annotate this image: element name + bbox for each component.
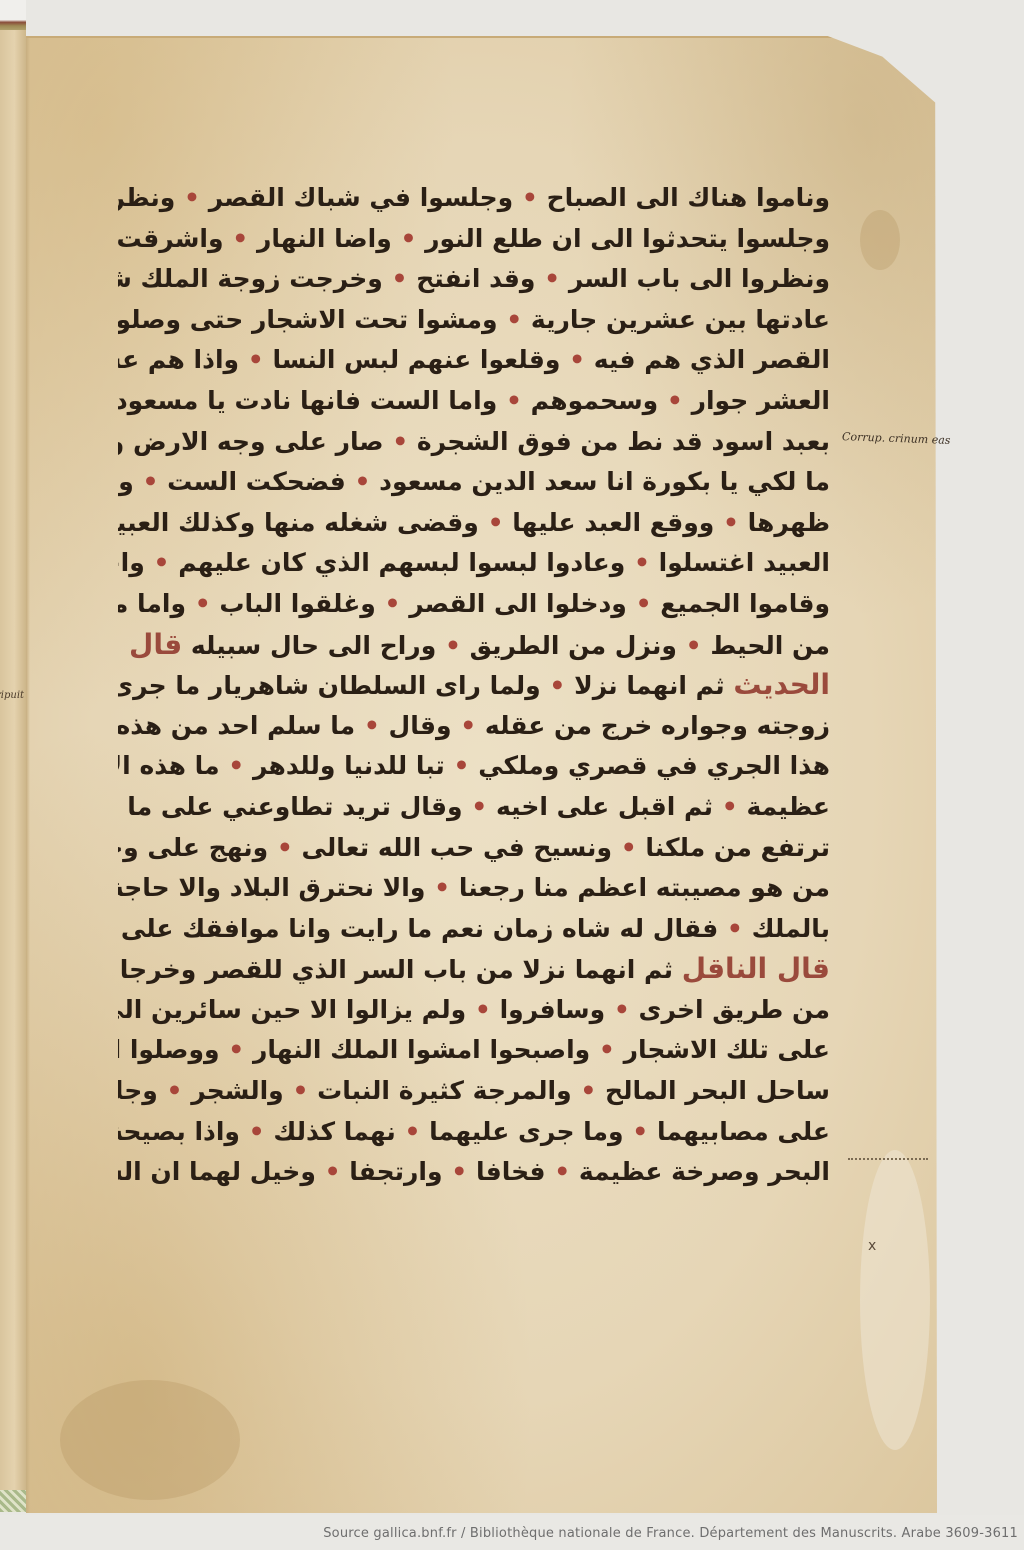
text-line-21: من طريق اخرى • وسافروا • ولم يزالوا الا …	[118, 990, 830, 1031]
rubric-dot: •	[632, 1117, 648, 1146]
paper-stain	[860, 1150, 930, 1450]
rubric-dot: •	[544, 264, 560, 293]
rubric-dot: •	[722, 792, 738, 821]
rubric-dot: •	[460, 711, 476, 740]
paper-stain	[60, 1380, 240, 1500]
rubric-dot: •	[723, 508, 739, 537]
text-line-11: وقاموا الجميع • ودخلوا الى القصر • وغلقو…	[118, 584, 830, 625]
rubric-dot: •	[404, 1117, 420, 1146]
rubric-dot: •	[554, 1157, 570, 1186]
text-line-2: وجلسوا يتحدثوا الى ان طلع النور • واضا ا…	[118, 219, 830, 260]
gutter-fold	[26, 38, 30, 1513]
rubric-dot: •	[727, 914, 743, 943]
rubric-dot: •	[451, 1157, 467, 1186]
text-line-20: قال الناقل ثم انهما نزلا من باب السر الذ…	[118, 949, 830, 990]
rubric-dot: •	[277, 833, 293, 862]
rubric-dot: •	[354, 467, 370, 496]
rubric-dot: •	[292, 1076, 308, 1105]
rubric-dot: •	[249, 1117, 265, 1146]
text-line-16: عظيمة • ثم اقبل على اخيه • وقال تريد تطا…	[118, 787, 830, 828]
text-line-4: عادتها بين عشرين جارية • ومشوا تحت الاشج…	[118, 300, 830, 341]
text-line-8: ما لكي يا بكورة انا سعد الدين مسعود • فض…	[118, 462, 830, 503]
rubric-dot: •	[454, 751, 470, 780]
rubric-dot: •	[325, 1157, 341, 1186]
text-line-24: على مصابيهما • وما جرى عليهما • نهما كذل…	[118, 1112, 830, 1153]
rubric-dot: •	[445, 631, 461, 660]
text-line-25: البحر وصرخة عظيمة • فخافا • وارتجفا • وخ…	[118, 1152, 830, 1193]
rubric-dot: •	[142, 467, 158, 496]
rubric-dot: •	[506, 305, 522, 334]
rubric-dot: •	[385, 589, 401, 618]
text-line-18: من هو مصيبته اعظم منا رجعنا • والا نحترق…	[118, 868, 830, 909]
rubric-heading: الحديث	[733, 668, 830, 701]
rubric-dot: •	[667, 386, 683, 415]
rubric-dot: •	[228, 751, 244, 780]
source-credit: Source gallica.bnf.fr / Bibliothèque nat…	[323, 1526, 1018, 1541]
rubric-dot: •	[614, 995, 630, 1024]
rubric-dot: •	[167, 1076, 183, 1105]
rubric-dot: •	[248, 345, 264, 374]
rubric-dot: •	[636, 589, 652, 618]
text-line-10: العبيد اغتسلوا • وعادوا لبسوا لبسهم الذي…	[118, 543, 830, 584]
rubric-dot: •	[506, 386, 522, 415]
text-line-22: على تلك الاشجار • واصبحوا امشوا الملك ال…	[118, 1030, 830, 1071]
rubric-dot: •	[392, 264, 408, 293]
text-line-1: وناموا هناك الى الصباح • وجلسوا في شباك …	[118, 178, 830, 219]
rubric-dot: •	[569, 345, 585, 374]
rubric-dot: •	[400, 224, 416, 253]
rubric-dot: •	[228, 1035, 244, 1064]
rubric-dot: •	[195, 589, 211, 618]
rubric-dot: •	[392, 427, 408, 456]
text-line-17: ترتفع من ملكنا • ونسيح في حب الله تعالى …	[118, 828, 830, 869]
text-line-12: من الحيط • ونزل من الطريق • وراح الى حال…	[118, 625, 830, 666]
text-line-9: ظهرها • ووقع العبد عليها • وقضى شغله منه…	[118, 503, 830, 544]
rubric-dot: •	[549, 671, 565, 700]
rubric-dot: •	[475, 995, 491, 1024]
text-line-19: بالملك • فقال له شاه زمان نعم ما رايت وا…	[118, 909, 830, 950]
margin-dotted-mark	[848, 1152, 928, 1160]
rubric-dot: •	[488, 508, 504, 537]
text-line-5: القصر الذي هم فيه • وقلعوا عنهم لبس النس…	[118, 340, 830, 381]
rubric-dot: •	[634, 548, 650, 577]
rubric-dot: •	[621, 833, 637, 862]
text-line-13: الحديث ثم انهما نزلا • ولما راى السلطان …	[118, 665, 830, 706]
rubric-heading: قال صاحب	[118, 628, 182, 661]
rubric-dot: •	[580, 1076, 596, 1105]
text-line-15: هذا الجري في قصري وملكي • تبا للدنيا ولل…	[118, 746, 830, 787]
previous-leaf-strip	[0, 30, 26, 1510]
manuscript-scan: ripuit وناموا هناك الى الصباح • وجلسوا ف…	[0, 0, 1024, 1515]
text-line-14: زوجته وجواره خرج من عقله • وقال • ما سلم…	[118, 706, 830, 747]
rubric-dot: •	[686, 631, 702, 660]
rubric-dot: •	[154, 548, 170, 577]
paper-stain	[860, 210, 900, 270]
rubric-dot: •	[434, 873, 450, 902]
rubric-heading: قال الناقل	[682, 952, 830, 985]
rubric-dot: •	[471, 792, 487, 821]
rubric-dot: •	[364, 711, 380, 740]
margin-x-mark: x	[868, 1238, 876, 1254]
manuscript-text-block: وناموا هناك الى الصباح • وجلسوا في شباك …	[118, 178, 830, 1193]
text-line-6: العشر جوار • وسحموهم • واما الست فانها ن…	[118, 381, 830, 422]
text-line-23: ساحل البحر المالح • والمرجة كثيرة النبات…	[118, 1071, 830, 1112]
text-line-3: ونظروا الى باب السر • وقد انفتح • وخرجت …	[118, 259, 830, 300]
rubric-dot: •	[599, 1035, 615, 1064]
left-margin-note: ripuit	[0, 690, 24, 701]
rubric-dot: •	[522, 183, 538, 212]
rubric-dot: •	[232, 224, 248, 253]
text-line-7: بعبد اسود قد نط من فوق الشجرة • صار على …	[118, 422, 830, 463]
rubric-dot: •	[184, 183, 200, 212]
